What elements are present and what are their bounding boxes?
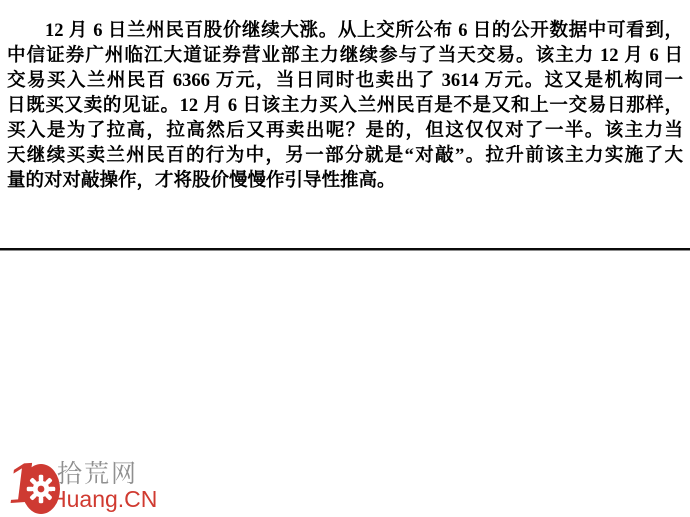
- site-name-latin: Huang.CN: [50, 487, 157, 512]
- site-watermark-logo: 1 拾荒网 Huang.CN: [6, 460, 181, 516]
- article-line: 12 月 6 日兰州民百股价继续大涨。从上交所公布 6 日的公开数据中可看到，: [7, 19, 683, 44]
- site-name-chinese: 拾荒网: [57, 461, 138, 487]
- article-line: 天继续买卖兰州民百的行为中，另一部分就是“对敲”。拉升前该主力实施了大: [7, 144, 683, 169]
- article-line: 日既买又卖的见证。12 月 6 日该主力买入兰州民百是不是又和上一交易日那样，: [7, 94, 683, 119]
- horizontal-divider: [0, 248, 690, 251]
- article-line: 量的对对敲操作，才将股价慢慢作引导性推高。: [7, 169, 683, 194]
- article-paragraph: 12 月 6 日兰州民百股价继续大涨。从上交所公布 6 日的公开数据中可看到， …: [7, 19, 683, 194]
- article-line: 交易买入兰州民百 6366 万元，当日同时也卖出了 3614 万元。这又是机构同…: [7, 69, 683, 94]
- article-line: 中信证券广州临江大道证券营业部主力继续参与了当天交易。该主力 12 月 6 日: [7, 44, 683, 69]
- article-line: 买入是为了拉高，拉高然后又再卖出呢？是的，但这仅仅对了一半。该主力当: [7, 119, 683, 144]
- divider-gray-rule: [0, 250, 690, 251]
